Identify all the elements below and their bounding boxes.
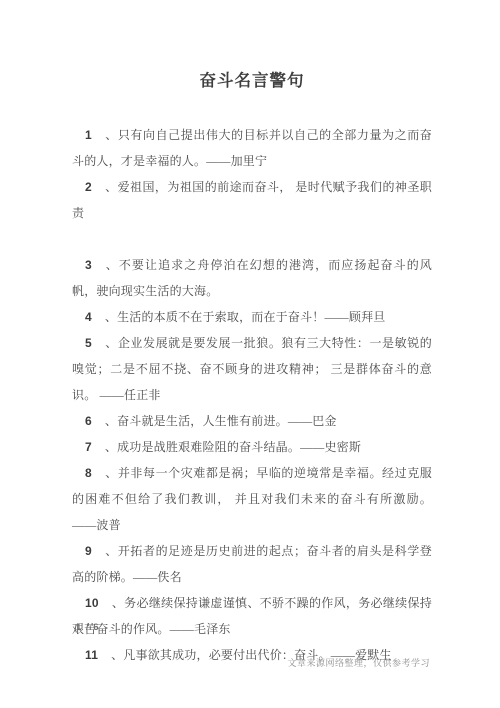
quote-number: 10	[85, 596, 99, 610]
quote-number: 1	[85, 128, 92, 142]
quote-item: 9、开拓者的足迹是历史前进的起点；奋斗者的肩头是科学登高的阶梯。——佚名	[72, 538, 432, 590]
quote-text: 、开拓者的足迹是历史前进的起点；奋斗者的肩头是科学登高的阶梯。——佚名	[72, 544, 432, 584]
quote-number: 5	[85, 336, 92, 350]
quote-text: 、务必继续保持谦虚谨慎、不骄不躁的作风，务必继续保持艰苦奋斗的作风。——毛泽东	[72, 596, 432, 636]
quote-item: 1、只有向自己提出伟大的目标并以自己的全部力量为之而奋斗的人，才是幸福的人。——…	[72, 122, 432, 174]
quote-item: 8、并非每一个灾难都是祸；早临的逆境常是幸福。经过克服的困难不但给了我们教训， …	[72, 460, 432, 538]
document-page: 奋斗名言警句 1、只有向自己提出伟大的目标并以自己的全部力量为之而奋斗的人，才是…	[0, 0, 500, 708]
quote-text: 、企业发展就是要发展一批狼。狼有三大特性：一是敏锐的嗅觉；二是不屈不挠、奋不顾身…	[72, 336, 432, 402]
quote-text: 、不要让追求之舟停泊在幻想的港湾，而应扬起奋斗的风帆，驶向现实生活的大海。	[72, 258, 432, 298]
page-number-indicator: 1 / 6	[76, 622, 100, 633]
quote-number: 4	[85, 310, 92, 324]
quote-text: 、并非每一个灾难都是祸；早临的逆境常是幸福。经过克服的困难不但给了我们教训， 并…	[72, 466, 432, 532]
quote-item: 7、成功是战胜艰难险阻的奋斗结晶。——史密斯	[72, 434, 432, 460]
quote-number: 11	[85, 648, 98, 662]
quote-number: 3	[85, 258, 92, 272]
quote-number: 9	[85, 544, 92, 558]
quote-item: 4、生活的本质不在于索取，而在于奋斗！——顾拜旦	[72, 304, 432, 330]
quote-item: 6、奋斗就是生活，人生惟有前进。——巴金	[72, 408, 432, 434]
quote-text: 、生活的本质不在于索取，而在于奋斗！——顾拜旦	[105, 310, 386, 324]
quote-list: 1、只有向自己提出伟大的目标并以自己的全部力量为之而奋斗的人，才是幸福的人。——…	[72, 122, 432, 668]
quote-number: 2	[85, 180, 92, 194]
footer-source-note: 文章来源网络整理，仅供参考学习	[287, 656, 430, 669]
quote-item: 5、企业发展就是要发展一批狼。狼有三大特性：一是敏锐的嗅觉；二是不屈不挠、奋不顾…	[72, 330, 432, 408]
quote-number: 6	[85, 414, 92, 428]
quote-item: 2、爱祖国，为祖国的前途而奋斗， 是时代赋予我们的神圣职责	[72, 174, 432, 226]
quote-number: 7	[85, 440, 92, 454]
quote-text: 、奋斗就是生活，人生惟有前进。——巴金	[105, 414, 337, 428]
quote-number: 8	[85, 466, 92, 480]
quote-item: 10、务必继续保持谦虚谨慎、不骄不躁的作风，务必继续保持艰苦奋斗的作风。——毛泽…	[72, 590, 432, 642]
document-title: 奋斗名言警句	[72, 70, 432, 92]
quote-text: 、只有向自己提出伟大的目标并以自己的全部力量为之而奋斗的人，才是幸福的人。——加…	[72, 128, 432, 168]
quote-text: 、成功是战胜艰难险阻的奋斗结晶。——史密斯	[105, 440, 361, 454]
quote-text: 、爱祖国，为祖国的前途而奋斗， 是时代赋予我们的神圣职责	[72, 180, 432, 220]
quote-item: 3、不要让追求之舟停泊在幻想的港湾，而应扬起奋斗的风帆，驶向现实生活的大海。	[72, 252, 432, 304]
